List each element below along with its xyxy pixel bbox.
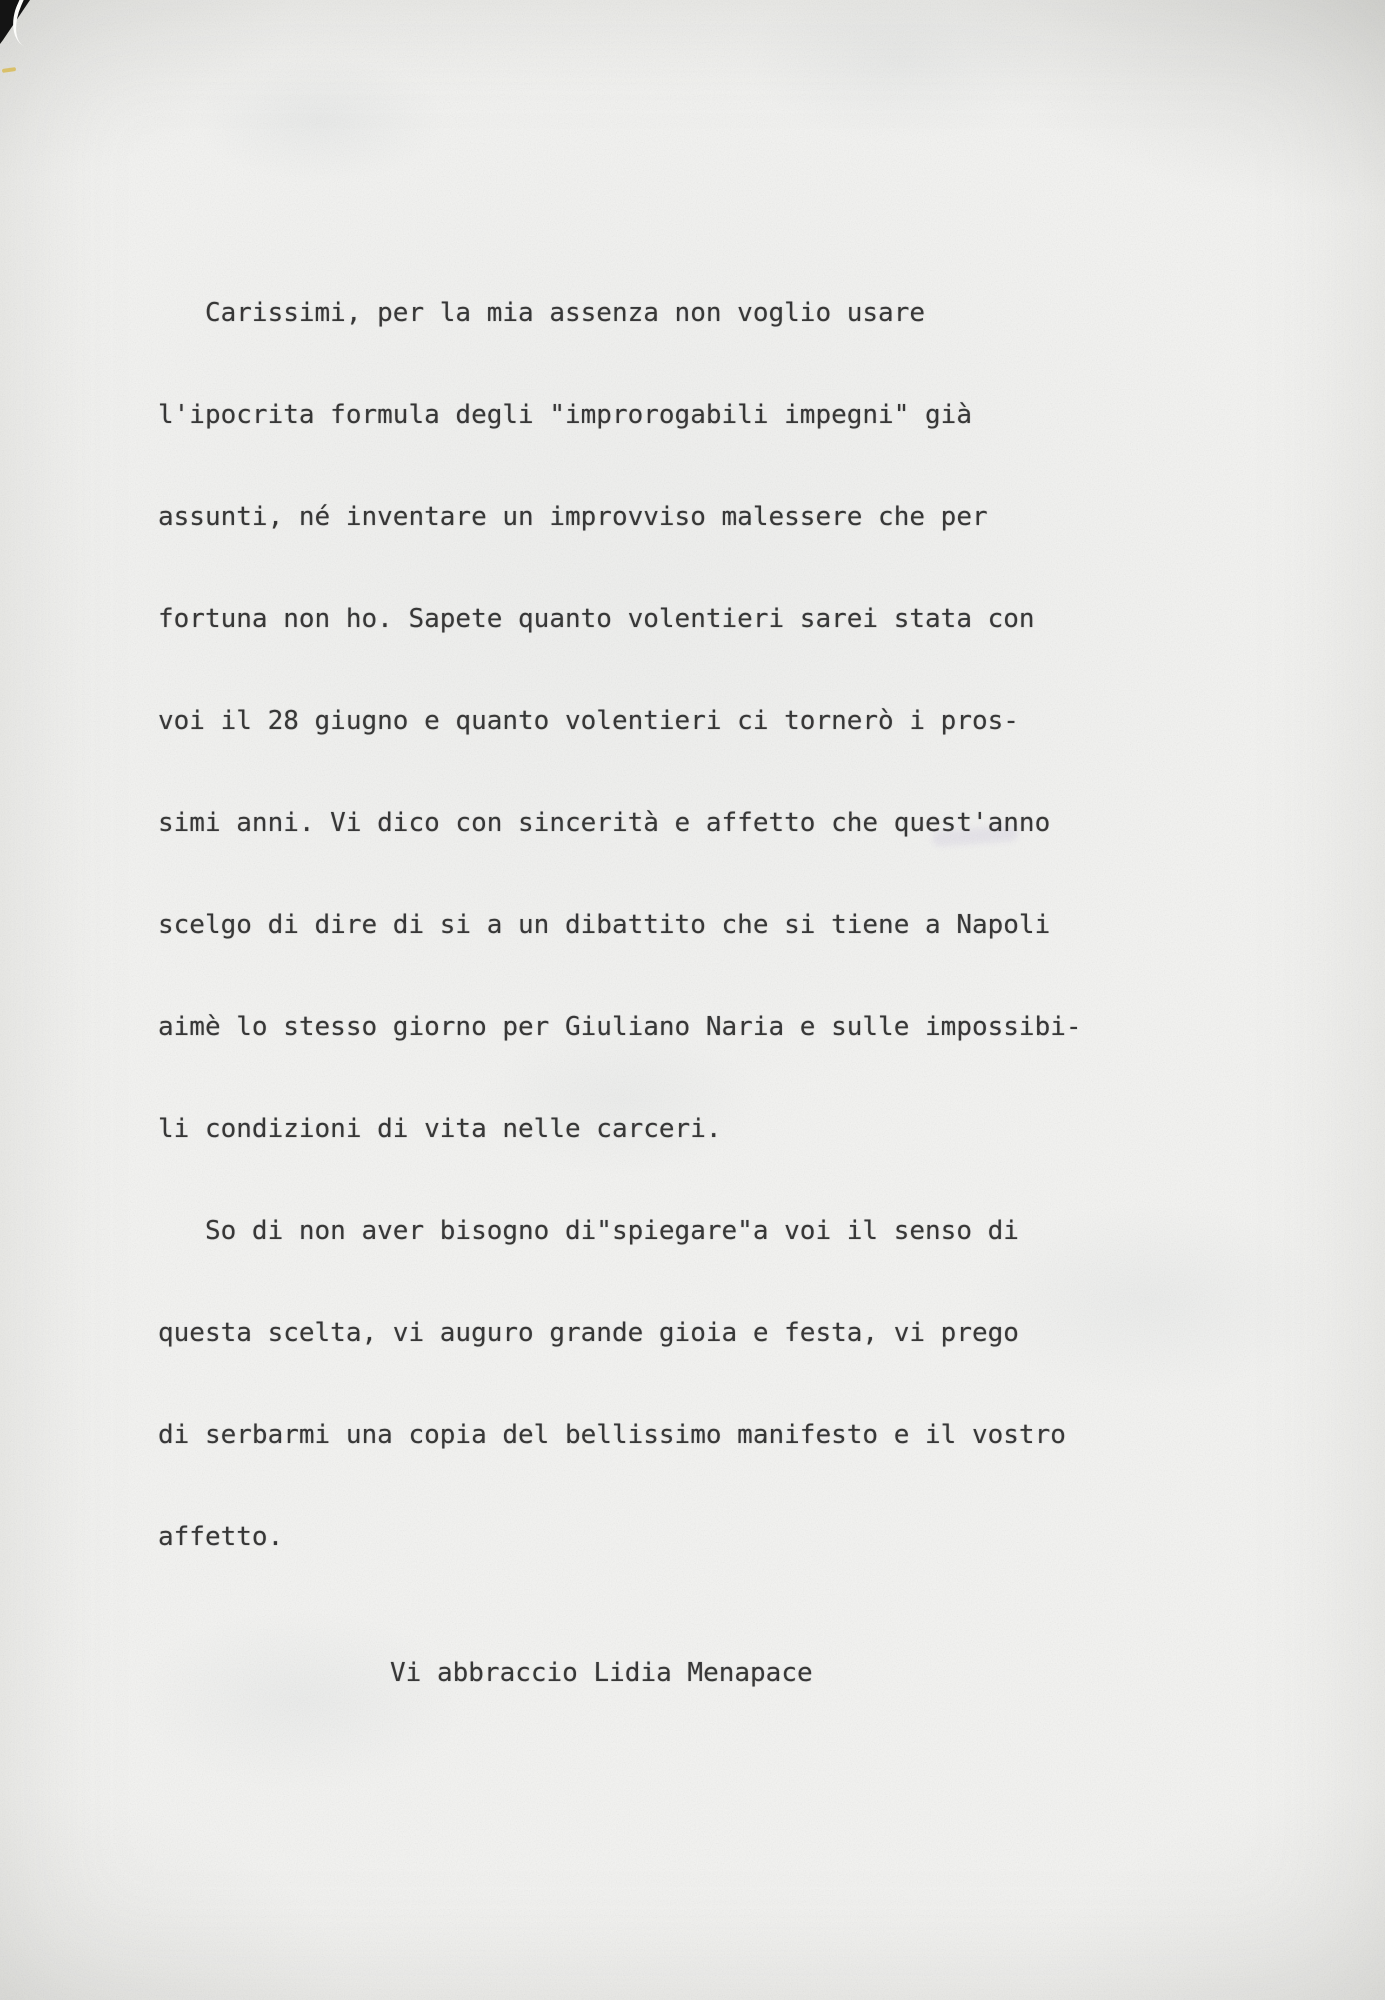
letter-line: aimè lo stesso giorno per Giuliano Naria… (158, 1010, 1082, 1044)
letter-line: di serbarmi una copia del bellissimo man… (158, 1418, 1082, 1452)
letter-line: scelgo di dire di si a un dibattito che … (158, 908, 1082, 942)
letter-line: Carissimi, per la mia assenza non voglio… (158, 296, 1082, 330)
letter-line: li condizioni di vita nelle carceri. (158, 1112, 1082, 1146)
scanned-letter-page: Carissimi, per la mia assenza non voglio… (0, 0, 1385, 2000)
letter-line: voi il 28 giugno e quanto volentieri ci … (158, 704, 1082, 738)
letter-line: affetto. (158, 1520, 1082, 1554)
letter-line: So di non aver bisogno di"spiegare"a voi… (158, 1214, 1082, 1248)
letter-line: questa scelta, vi auguro grande gioia e … (158, 1316, 1082, 1350)
letter-body: Carissimi, per la mia assenza non voglio… (158, 228, 1082, 1758)
letter-line: simi anni. Vi dico con sincerità e affet… (158, 806, 1082, 840)
signature-line: Vi abbraccio Lidia Menapace (158, 1656, 1082, 1690)
letter-line: assunti, né inventare un improvviso male… (158, 500, 1082, 534)
letter-line: fortuna non ho. Sapete quanto volentieri… (158, 602, 1082, 636)
letter-line: l'ipocrita formula degli "improrogabili … (158, 398, 1082, 432)
scan-corner-shadow (0, 0, 34, 44)
corner-yellow-mark (2, 67, 16, 73)
